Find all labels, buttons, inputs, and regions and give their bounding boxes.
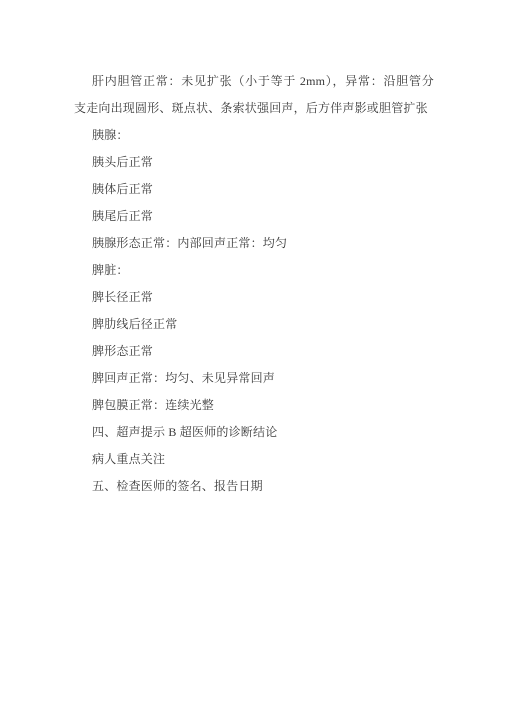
- line-spleen-echo: 脾回声正常：均匀、未见异常回声: [74, 365, 434, 392]
- line-pancreas-tail: 胰尾后正常: [74, 203, 434, 230]
- line-pancreas-heading: 胰腺：: [74, 122, 434, 149]
- line-pancreas-head: 胰头后正常: [74, 149, 434, 176]
- line-section-4-ultrasound-conclusion: 四、超声提示 B 超医师的诊断结论: [74, 419, 434, 446]
- line-spleen-capsule: 脾包膜正常：连续光整: [74, 392, 434, 419]
- paragraph-intrahepatic-bile-duct-line-2: 支走向出现圆形、斑点状、条索状强回声，后方伴声影或胆管扩张: [74, 95, 434, 122]
- line-section-5-physician-signature: 五、检查医师的签名、报告日期: [74, 473, 434, 500]
- document-page: 肝内胆管正常：未见扩张（小于等于 2mm），异常：沿胆管分 支走向出现圆形、斑点…: [0, 0, 508, 720]
- line-pancreas-morphology: 胰腺形态正常：内部回声正常：均匀: [74, 230, 434, 257]
- line-patient-focus: 病人重点关注: [74, 446, 434, 473]
- line-spleen-long-diameter: 脾长径正常: [74, 284, 434, 311]
- line-spleen-heading: 脾脏：: [74, 257, 434, 284]
- line-spleen-morphology: 脾形态正常: [74, 338, 434, 365]
- line-spleen-rib-line-diameter: 脾肋线后径正常: [74, 311, 434, 338]
- line-pancreas-body: 胰体后正常: [74, 176, 434, 203]
- paragraph-intrahepatic-bile-duct-line-1: 肝内胆管正常：未见扩张（小于等于 2mm），异常：沿胆管分: [74, 68, 434, 95]
